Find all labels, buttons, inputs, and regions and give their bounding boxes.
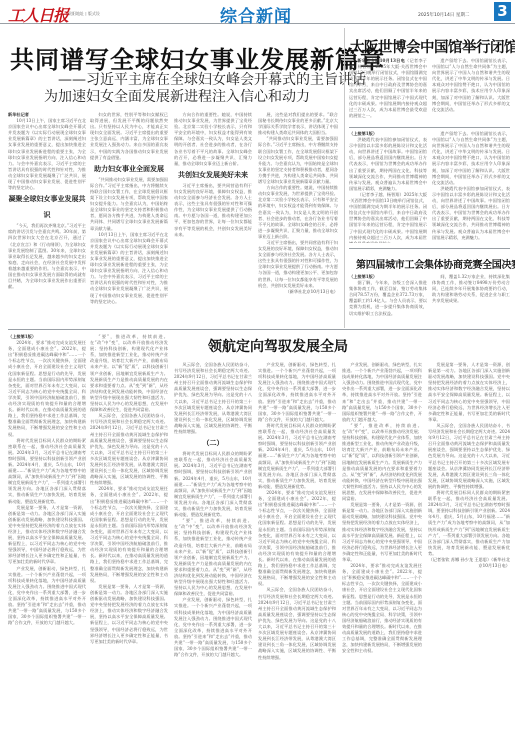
continued-column-1: （上接第1版） 洪晓霞代表中国馆参加闭馆仪式，表示中国馆以丰富多彩的展陈设计和文… <box>349 131 427 243</box>
bottom-paragraph: 产业发展，创新驱动，绿色转型，扎实推进。一个个新兴产业蓬勃兴起，一项项科技成果转… <box>8 566 86 627</box>
bottom-paragraph: 风云际会，全国各族人民团结奋斗，书写经济发展和社会长期稳定两大奇迹。2024年9… <box>174 362 252 435</box>
right-paragraph: 遗产留给下去。中国馆副馆长表示，中国馆以“人与自然生命共同体”为主题，向世界展示… <box>432 58 510 113</box>
bottom-column-4: 产业发展，创新驱动，绿色转型，扎实推进。一个个新兴产业蓬勃兴起，一项项科技成果转… <box>258 362 336 744</box>
bottom-paragraph: “要”，推进改革，持续前进。在“改”中“变”，以改革开放推动经济发展；坚持科技创… <box>174 518 252 597</box>
issue-date: 2025年10月14日 星期二 <box>418 12 469 18</box>
bottom-paragraph: 2024年，要求“推动完成友谊发展任务，全面建成小康社会”。2022年，提出“积… <box>8 340 86 438</box>
bottom-paragraph: 2024年，要求“推动完成友谊发展任务，全面建成小康社会”。2022年，提出“积… <box>258 490 336 588</box>
lead-paragraph: 展，这些是对我们提出的要求。“联合国秘书长期待妇女事业的更多贡献。”北京大学国际… <box>258 112 338 136</box>
bottom-section-mark: （二） <box>174 435 252 451</box>
newspaper-logo: 工人日报 <box>8 3 68 26</box>
lead-dateline: （新华社北京10月13日电） <box>258 289 338 295</box>
lead-subtitle-2: 助力妇女事业全面发展 <box>90 161 168 177</box>
bottom-paragraph: 将时代发展目标同人民群众的期盼紧密联系在一起，推动经济社会高质量发展。2024年… <box>258 423 336 490</box>
bottom-column-2: “要”，推进改革，持续前进。在“改”中“变”，以改革开放推动经济发展；坚持科技创… <box>90 334 168 744</box>
bottom-column-5: 产业发展，创新驱动，绿色转型，扎实推进。一个个新兴产业蓬勃兴起，一项项科技成果转… <box>342 362 422 744</box>
bottom-paragraph: 风云际会，全国各族人民团结奋斗，书写经济发展和社会长期稳定两大奇迹。2024年9… <box>258 587 336 660</box>
right-column-2: 遗产留给下去。中国馆副馆长表示，中国馆以“人与自然生命共同体”为主题，向世界展示… <box>432 58 510 122</box>
right-byline: 新华社大阪10月13日电 <box>357 58 405 63</box>
page-number-badge: 3 <box>494 2 511 21</box>
bottom-paragraph: 产业发展，创新驱动，绿色转型，扎实推进。一个个新兴产业蓬勃兴起，一项项科技成果转… <box>342 362 422 423</box>
bottom-column-3: 风云际会，全国各族人民团结奋斗，书写经济发展和社会长期稳定两大奇迹。2024年9… <box>174 362 252 744</box>
right-paragraph: （记者李子越、杨智翔）2025年大阪·关西世博会中国馆13日晚举行闭馆仪式，中国… <box>349 58 427 118</box>
right-headline[interactable]: 大阪世博会中国馆举行闭馆仪式 <box>350 36 510 57</box>
continued-paragraph: 遗产留给下去。中国馆副馆长表示，中国馆以“人与自然生命共同体”为主题，向世界展示… <box>432 131 510 186</box>
bottom-paragraph: 发展是第一要务，人才是第一资源，创新是第一动力。各地区各部门深入实施创新驱动发展… <box>342 502 422 563</box>
bottom-paragraph: 发展是第一要务，人才是第一资源，创新是第一动力。各地区各部门深入实施创新驱动发展… <box>428 362 510 423</box>
bottom-paragraph: 产业发展，创新驱动，绿色转型，扎实推进。一个个新兴产业蓬勃兴起，一项项科技成果转… <box>174 597 252 658</box>
lead-paragraph: 妇女的世界，性别平等和妇女赋权已取得进展，但发展不平衡的问题依然突出。只有坚持以… <box>90 112 168 161</box>
lead-paragraph: 习近平主席指出，要共同营造有利于妇女发展的良好环境，保障妇女权益，推动妇女全面参… <box>258 240 338 289</box>
bottom-paragraph: 发展是第一要务，人才是第一资源，创新是第一动力。各地区各部门深入实施创新驱动发展… <box>90 584 168 645</box>
continued-column-2: 遗产留给下去。中国馆副馆长表示，中国馆以“人与自然生命共同体”为主题，向世界展示… <box>432 131 510 243</box>
right2-paragraph: 据了解，今年来，各级工会深入推进集体协商工作，截至目前，签订劳动集体合同78.5… <box>349 280 427 317</box>
bottom-paragraph: 2024年，要求“推动完成友谊发展任务，全面建成小康社会”。2022年，提出“积… <box>90 486 168 584</box>
continued-paragraph: （记者李子越、杨智翔）2025年大阪·关西世博会中国馆13日晚举行闭馆仪式，中国… <box>349 192 427 243</box>
section-divider <box>8 329 510 330</box>
lead-subtitle-1: 凝聚全球妇女事业发展共识 <box>8 191 86 223</box>
lead-paragraph: 10月13日上午，国家主席习近平在北京国家会议中心出席全球妇女峰会开幕式并发表题… <box>8 118 86 191</box>
logo-subtitle: 贵阳地址 | 版式设 <box>68 11 100 17</box>
lead-column-3: 方向合作的重要性。她说，中国持续推动妇女事业发展，为世界提供了宝贵经验。北京第二… <box>174 112 252 320</box>
right2-column-1: （上接第1版） 据了解，今年来，各级工会深入推进集体协商工作，截至目前，签订劳动… <box>349 274 427 324</box>
right2-paragraph: 间，覆盖1.32万家企业，持续深化集体协商工作，推动签订8498万份劳动合同，已… <box>432 274 510 304</box>
lead-subhead-line2: 为加速妇女全面发展新进程注入信心和动力 <box>44 86 310 106</box>
bottom-dateline: （记者张钦 苏娜 孙少龙 王思思）（新华社北京10月13日电） <box>428 557 510 569</box>
lead-paragraph: “今天，我们再次齐聚北京。”习近平主席的讲话引发与会嘉宾共鸣。30年前，第四次世… <box>8 223 86 290</box>
section-divider <box>349 127 510 128</box>
lead-column-2: 妇女的世界，性别平等和妇女赋权已取得进展，但发展不平衡的问题依然突出。只有坚持以… <box>90 112 168 320</box>
right-headline-2[interactable]: 第四届城市工会集体协商竞赛全国决赛在川举办 <box>356 256 515 271</box>
bottom-paragraph: 将时代发展目标同人民群众的期盼紧密联系在一起，推动经济社会高质量发展。2024年… <box>174 451 252 518</box>
section-divider <box>349 248 510 249</box>
bottom-paragraph: “要”，推进改革，持续前进。在“改”中“变”，以改革开放推动经济发展；坚持科技创… <box>90 334 168 413</box>
bottom-paragraph: 将时代发展目标同人民群众的期盼紧密联系在一起，推动经济社会高质量发展。2024年… <box>428 490 510 557</box>
bottom-column-1: （上接第1版） 2024年，要求“推动完成友谊发展任务，全面建成小康社会”。20… <box>8 334 86 744</box>
bottom-paragraph: “要”，推进改革，持续前进。在“改”中“变”，以改革开放推动经济发展；坚持科技创… <box>342 423 422 502</box>
continued-paragraph: 洪晓霞代表中国馆参加闭馆仪式，表示中国馆以丰富多彩的展陈设计和文化活动，向世界讲… <box>432 186 510 241</box>
continued-paragraph: 洪晓霞代表中国馆参加闭馆仪式，表示中国馆以丰富多彩的展陈设计和文化活动，向世界讲… <box>349 137 427 192</box>
lead-column-1: 新华社记者 10月13日上午，国家主席习近平在北京国家会议中心出席全球妇女峰会开… <box>8 112 86 320</box>
section-title: 综合新闻 <box>220 2 292 27</box>
column-divider <box>344 28 345 328</box>
bottom-paragraph: 将时代发展目标同人民群众的期盼紧密联系在一起，推动经济社会高质量发展。2024年… <box>8 438 86 505</box>
bottom-paragraph: 发展是第一要务，人才是第一资源，创新是第一动力。各地区各部门深入实施创新驱动发展… <box>8 505 86 566</box>
bottom-paragraph: 2024年，要求“推动完成友谊发展任务，全面建成小康社会”。2022年，提出“积… <box>342 563 422 654</box>
masthead: 工人日报 贵阳地址 | 版式设 综合新闻 2025年10月14日 星期二 3 <box>0 0 515 24</box>
right2-column-2: 间，覆盖1.32万家企业，持续深化集体协商工作，推动签订8498万份劳动合同，已… <box>432 274 510 324</box>
bottom-paragraph: 风云际会，全国各族人民团结奋斗，书写经济发展和社会长期稳定两大奇迹。2024年9… <box>428 423 510 490</box>
lead-paragraph: 10月13日上午，国家主席习近平在北京国家会议中心出席全球妇女峰会开幕式并发表题… <box>90 232 168 305</box>
lead-paragraph: 习近平主席指出，要共同营造有利于妇女发展的良好环境，保障妇女权益，推动妇女全面参… <box>174 183 252 238</box>
bottom-column-6: 发展是第一要务，人才是第一资源，创新是第一动力。各地区各部门深入实施创新驱动发展… <box>428 362 510 744</box>
bottom-paragraph: 风云际会，全国各族人民团结奋斗，书写经济发展和社会长期稳定两大奇迹。2024年9… <box>90 413 168 486</box>
bottom-headline[interactable]: 领航定向驾驭发展全局 <box>208 336 348 356</box>
lead-column-4: 展，这些是对我们提出的要求。“联合国秘书长期待妇女事业的更多贡献。”北京大学国际… <box>258 112 338 320</box>
bottom-paragraph: 产业发展，创新驱动，绿色转型，扎实推进。一个个新兴产业蓬勃兴起，一项项科技成果转… <box>258 362 336 423</box>
right-column-1: 新华社大阪10月13日电（记者李子越、杨智翔）2025年大阪·关西世博会中国馆1… <box>349 58 427 122</box>
lead-paragraph: “共同推动妇女事业发展，需要加强国际合作。”习近平主席指出，中方将继续支持联合国… <box>90 177 168 232</box>
lead-paragraph: 方向合作的重要性。她说，中国持续推动妇女事业发展，为世界提供了宝贵经验。北京第二… <box>174 112 252 167</box>
lead-subtitle-3: 共创妇女发展美好未来 <box>174 167 252 183</box>
lead-paragraph: “共同推动妇女事业发展，需要加强国际合作。”习近平主席指出，中方将继续支持联合国… <box>258 136 338 185</box>
lead-paragraph: 方向合作的重要性。她说，中国持续推动妇女事业发展，为世界提供了宝贵经验。北京第二… <box>258 185 338 240</box>
